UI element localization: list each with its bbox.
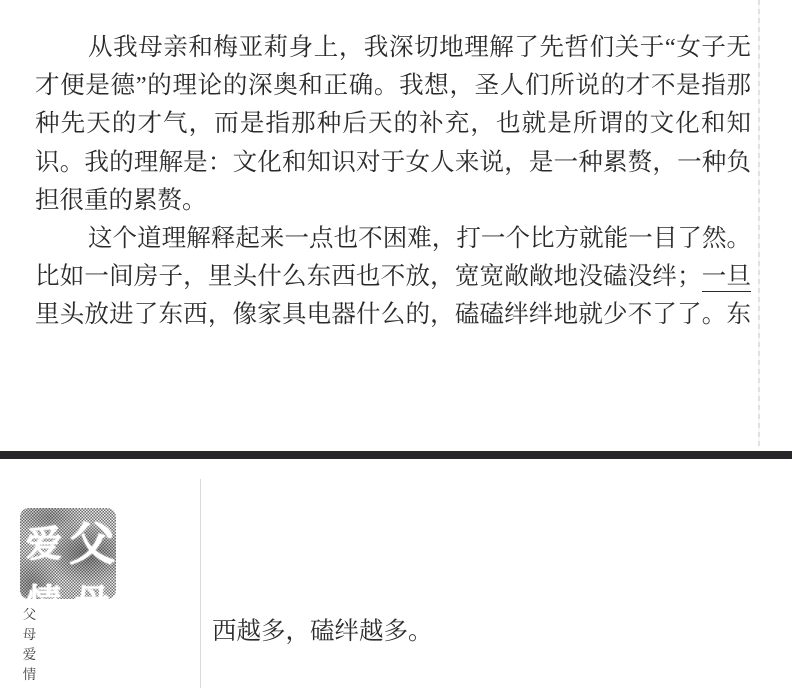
text-line: 里头放进了东西，像家具电器什么的，磕磕绊绊地就少不了了。东	[35, 296, 751, 334]
chapter-seal-stamp: 爱 父 情 母	[20, 508, 116, 599]
text-line: 才便是德”的理论的深奥和正确。我想，圣人们所说的才不是指那	[35, 67, 751, 105]
seal-glyph: 母	[68, 574, 116, 599]
text-line-content: 识。我的理解是：文化和知识对于女人来说，是一种累赘，一种负	[35, 149, 751, 176]
underlined-text: 一旦	[702, 263, 751, 292]
seal-glyph: 父	[68, 508, 116, 574]
seal-glyph: 情	[20, 574, 68, 599]
page-top-text-block: 从我母亲和梅亚莉身上，我深切地理解了先哲们关于“女子无 才便是德”的理论的深奥和…	[35, 29, 751, 335]
seal-glyph: 爱	[20, 508, 68, 574]
caption-char: 爱	[21, 645, 38, 665]
text-line: 识。我的理解是：文化和知识对于女人来说，是一种累赘，一种负	[35, 144, 751, 182]
text-line: 从我母亲和梅亚莉身上，我深切地理解了先哲们关于“女子无	[35, 29, 751, 67]
text-line-content: 才便是德”的理论的深奥和正确。我想，圣人们所说的才不是指那	[35, 72, 751, 99]
page-scan-edge-line	[758, 0, 760, 447]
continuation-text-line: 西越多，磕绊越多。	[212, 616, 433, 648]
text-line: 这个道理解释起来一点也不困难，打一个比方就能一目了然。	[35, 220, 751, 258]
book-title-vertical-caption: 父 母 爱 情	[21, 605, 38, 685]
text-line-content: 比如一间房子，里头什么东西也不放，宽宽敞敞地没磕没绊；	[35, 263, 702, 290]
text-line-content: 从我母亲和梅亚莉身上，我深切地理解了先哲们关于“女子无	[88, 34, 751, 61]
text-line-content: 这个道理解释起来一点也不困难，打一个比方就能一目了然。	[88, 225, 751, 252]
margin-divider-line	[200, 479, 201, 688]
text-line: 担很重的累赘。	[35, 182, 751, 220]
text-line: 种先天的才气，而是指那种后天的补充，也就是所谓的文化和知	[35, 105, 751, 143]
caption-char: 情	[21, 665, 38, 685]
text-line-content: 担很重的累赘。	[35, 187, 207, 214]
caption-char: 母	[21, 625, 38, 645]
text-line-content: 种先天的才气，而是指那种后天的补充，也就是所谓的文化和知	[35, 110, 751, 137]
caption-char: 父	[21, 605, 38, 625]
text-line-content: 里头放进了东西，像家具电器什么的，磕磕绊绊地就少不了了。东	[35, 301, 751, 328]
text-line: 比如一间房子，里头什么东西也不放，宽宽敞敞地没磕没绊；一旦	[35, 258, 751, 296]
page-divider-bar	[0, 451, 792, 459]
